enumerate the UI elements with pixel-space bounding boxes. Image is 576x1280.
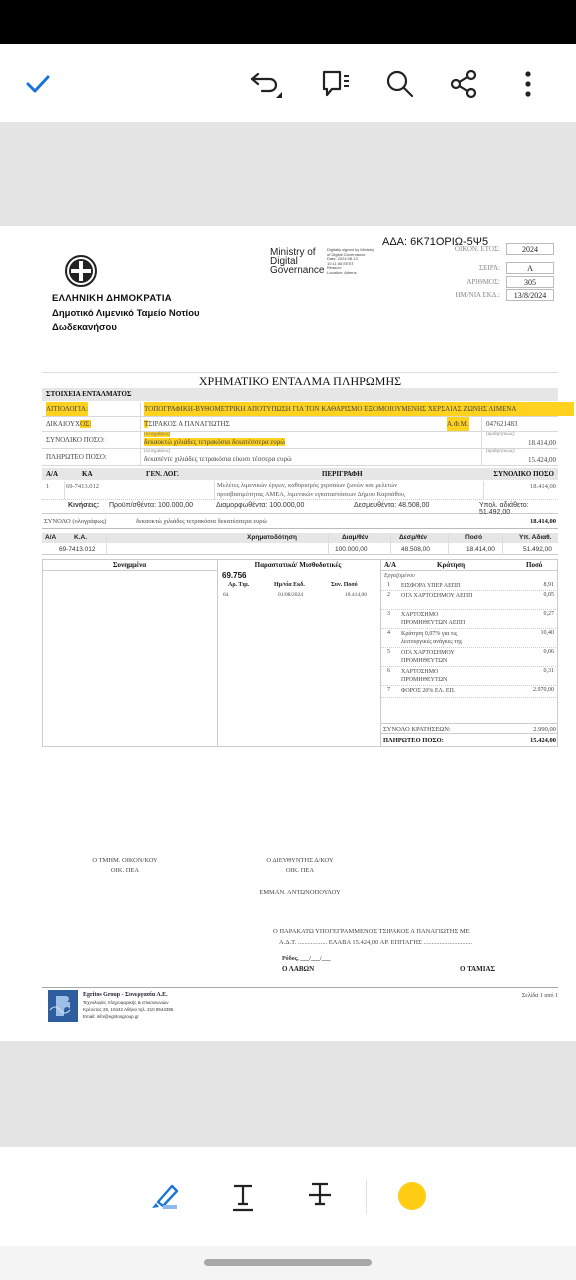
funding-col-aa: Α/Α (45, 533, 56, 543)
funding-col-ka: Κ.Α. (74, 533, 87, 543)
highlighter-icon[interactable] (146, 1178, 182, 1214)
payable-value: 15.424,00 (530, 735, 556, 746)
deduction-name: ΕΙΣΦΟΡΑ ΥΠΕΡ ΑΕΠΠ (401, 582, 481, 590)
footer-tagline: Τεχνολογίες πληροφορικής & επικοινωνιών (83, 1000, 169, 1005)
deduction-row: 7ΦΟΡΟΣ 20% ΕΛ. ΕΠ.2.970,00 (381, 686, 558, 698)
footer-address: Κρέοντος 25, 10442 Αθήνα τηλ. 210 854439… (83, 1007, 173, 1012)
deductions-total-label: ΣΥΝΟΛΟ ΚΡΑΤΗΣΕΩΝ: (383, 724, 451, 735)
deduction-row: 2ΟΓΑ ΧΑΡΤΟΣΗΜΟΥ ΑΕΠΠ0,05 (381, 591, 558, 610)
movements-row: Κινήσεις: Προϋπ/σθέντα: 100.000,00 Διαμο… (42, 502, 558, 514)
voucher-amount: 18.414,00 (345, 592, 367, 598)
deduction-row: 6ΧΑΡΤΟΣΗΜΟ ΠΡΟΜΗΘΕΥΤΩΝ0,31 (381, 667, 558, 686)
voucher-col-amount: Συν. Ποσό (331, 582, 358, 588)
color-swatch[interactable] (398, 1182, 426, 1210)
deduction-name: ΟΓΑ ΧΑΡΤΟΣΗΜΟΥ ΑΕΠΠ (401, 592, 481, 600)
deduction-aa: 1 (387, 582, 390, 588)
status-bar (0, 0, 576, 44)
meta-label-series: ΣΕΙΡΑ: (436, 264, 500, 272)
document-title: ΧΡΗΜΑΤΙΚΟ ΕΝΤΑΛΜΑ ΠΛΗΡΩΜΗΣ (42, 374, 558, 389)
funding-poso: 18.414,00 (466, 544, 495, 555)
aitiologia-value: ΤΟΠΟΓΡΑΦΙΚΗ-ΒΥΘΟΜΕΤΡΙΚΗ ΑΠΟΤΥΠΩΣΗ ΓΙΑ ΤΟ… (144, 402, 574, 416)
item-desc-line1: Μελέτες λιμενικών έργων, καθορισμός χερσ… (217, 482, 397, 489)
cashier-label: Ο ΤΑΜΙΑΣ (460, 965, 495, 973)
signature-left-line2: ΟΙΚ. ΠΕΑ (60, 866, 190, 876)
total-words: δεκαοκτώ χιλιάδες τετρακόσια δεκατέσσερα… (136, 515, 267, 528)
share-icon[interactable] (444, 64, 484, 104)
viewer-background (0, 122, 576, 226)
deduction-aa: 4 (387, 630, 390, 636)
issuer-org-line1: Δημοτικό Λιμενικό Ταμείο Νοτίου (52, 308, 200, 319)
deductions-total-row: ΣΥΝΟΛΟ ΚΡΑΤΗΣΕΩΝ: 2.990,00 (381, 723, 558, 734)
receipt-line1: Ο ΠΑΡΑΚΑΤΩ ΥΠΟΓΕΓΡΑΜΜΕΝΟΣ ΤΣΙΡΑΚΟΣ Α ΠΑΝ… (273, 926, 472, 937)
funding-table-row: 69-7413.012 100.000,00 48.508,00 18.414,… (42, 544, 558, 555)
navigation-bar (0, 1246, 576, 1280)
item-ka: 69-7413.012 (66, 483, 99, 490)
deduction-col-aa: Α/Α (384, 561, 396, 569)
receipt-text: Ο ΠΑΡΑΚΑΤΩ ΥΠΟΓΕΓΡΑΜΜΕΝΟΣ ΤΣΙΡΑΚΟΣ Α ΠΑΝ… (273, 926, 472, 948)
pliroteo-words: δεκαπέντε χιλιάδες τετρακόσια είκοσι τέσ… (144, 455, 292, 463)
signature-mid-name: ΕΜΜΑΝ. ΑΝΤΩΝΟΠΟΥΛΟΥ (240, 888, 360, 898)
pliroteo-words-caption: (ολογράφως) (144, 449, 170, 454)
viewer-background-bottom (0, 1041, 576, 1147)
footer-page-number: Σελίδα 1 από 1 (522, 993, 558, 999)
col-ka: ΚΑ (82, 468, 93, 480)
meta-value-series: Α (506, 262, 554, 274)
meta-label-year: ΟΙΚΟΝ. ΕΤΟΣ: (436, 245, 500, 253)
deduction-aa: 7 (387, 687, 390, 693)
top-toolbar (0, 44, 576, 122)
deduction-amount: 2.970,00 (533, 687, 554, 693)
deduction-amount: 0,31 (544, 668, 555, 674)
total-num: 18.414,00 (530, 515, 556, 528)
col-total: ΣΥΝΟΛΙΚΟ ΠΟΣΟ (493, 468, 554, 480)
deductions-header: Α/Α Κράτηση Ποσό (381, 561, 558, 571)
annotation-toolbar (0, 1148, 576, 1246)
item-aa: 1 (46, 483, 49, 490)
deduction-name: ΧΑΡΤΟΣΗΜΟ ΠΡΟΜΗΘΕΥΤΩΝ (401, 668, 481, 684)
signature-middle: Ο ΔΙΕΥΘΥΝΤΗΣ Δ/ΚΟΥ ΟΙΚ. ΠΕΑ ΕΜΜΑΝ. ΑΝΤΩΝ… (240, 856, 360, 898)
deduction-name: ΧΑΡΤΟΣΗΜΟ ΠΡΟΜΗΘΕΥΤΩΝ ΑΕΠΠ (401, 611, 481, 627)
dikaiouxos-value: ΤΣΙΡΑΚΟΣ Α ΠΑΝΑΓΙΩΤΗΣ (144, 417, 230, 431)
document-page[interactable]: ΕΛΛΗΝΙΚΗ ΔΗΜΟΚΡΑΤΙΑ Δημοτικό Λιμενικό Τα… (0, 226, 576, 1040)
voucher-date: 01/08/2024 (278, 592, 303, 598)
col-aa: Α/Α (46, 468, 58, 480)
voucher-col-date: Ημ/νία Εκδ. (274, 582, 305, 588)
ministry-name: Ministry of Digital Governance (270, 248, 324, 275)
deduction-name: ΦΟΡΟΣ 20% ΕΛ. ΕΠ. (401, 687, 481, 695)
strikethrough-icon[interactable] (305, 1178, 335, 1214)
movements-diamorfothenta: Διαμορφωθέντα: 100.000,00 (216, 502, 304, 509)
deduction-row: 1ΕΙΣΦΟΡΑ ΥΠΕΡ ΑΕΠΠ8,91 (381, 581, 558, 591)
meta-label-number: ΑΡΙΘΜΟΣ: (436, 278, 500, 286)
total-label: ΣΥΝΟΛΟ (ολογράφως) (44, 515, 106, 528)
afm-value: 047621483 (486, 417, 518, 431)
dikaiouxos-label-a: ΔΙΚΑΙΟΥΧ (46, 420, 80, 428)
synoliko-num-caption: (αριθμητικώς) (486, 432, 515, 437)
section-title: ΣΤΟΙΧΕΙΑ ΕΝΤΑΛΜΑΤΟΣ (42, 388, 558, 401)
items-table-header: Α/Α ΚΑ ΓΕΝ. ΛΟΓ. ΠΕΡΙΓΡΑΦΗ ΣΥΝΟΛΙΚΟ ΠΟΣΟ (42, 468, 558, 480)
signature-mid-line2: ΟΙΚ. ΠΕΑ (240, 866, 360, 876)
deduction-row: 5ΟΓΑ ΧΑΡΤΟΣΗΜΟΥ ΠΡΟΜΗΘΕΥΤΩΝ0,06 (381, 648, 558, 667)
attachments-title: Συνημμένα (42, 561, 217, 571)
item-amount: 18.414,00 (530, 483, 556, 490)
funding-col-funding: Χρηματοδότηση (247, 533, 297, 543)
deduction-aa: 3 (387, 611, 390, 617)
synoliko-label: ΣΥΝΟΛΙΚΟ ΠΟΣΟ: (46, 436, 105, 444)
home-gesture-handle[interactable] (204, 1259, 372, 1266)
receiver-label: Ο ΛΑΒΩΝ (282, 965, 314, 973)
synoliko-words: δεκαοκτώ χιλιάδες τετρακόσια δεκατέσσερα… (144, 438, 285, 446)
vouchers-number: 69.756 (222, 571, 246, 580)
movements-desmeuthenta: Δεσμευθέντα: 48.508,00 (354, 502, 429, 509)
afm-label: Α.Φ.Μ. (447, 417, 469, 431)
total-words-row: ΣΥΝΟΛΟ (ολογράφως) δεκαοκτώ χιλιάδες τετ… (42, 515, 558, 529)
issuer-country: ΕΛΛΗΝΙΚΗ ΔΗΜΟΚΡΑΤΙΑ (52, 293, 172, 304)
item-desc-line2: προσβασιμότητας ΑΜΕΑ, λιμενικών εγκαταστ… (217, 491, 406, 498)
funding-col-diam: Διαμ/θέν (342, 533, 368, 543)
greek-emblem-icon (64, 254, 98, 288)
deduction-name: ΟΓΑ ΧΑΡΤΟΣΗΜΟΥ ΠΡΟΜΗΘΕΥΤΩΝ (401, 649, 481, 665)
items-table-row: 1 69-7413.012 Μελέτες λιμενικών έργων, κ… (42, 481, 558, 500)
check-icon[interactable] (18, 64, 58, 104)
deduction-col-amount: Ποσό (526, 561, 542, 569)
deduction-row: 3ΧΑΡΤΟΣΗΜΟ ΠΡΟΜΗΘΕΥΤΩΝ ΑΕΠΠ0,27 (381, 610, 558, 629)
funding-col-ypol: Υπ. Αδιαθ. (519, 533, 551, 543)
deductions-total-value: 2.990,00 (533, 724, 556, 735)
place-date: Ρόδος, ___/___/___ (282, 956, 331, 962)
row-aitiologia: ΑΙΤΙΟΛΟΓΙΑ: ΤΟΠΟΓΡΑΦΙΚΗ-ΒΥΘΟΜΕΤΡΙΚΗ ΑΠΟΤ… (42, 402, 558, 417)
pliroteo-label: ΠΛΗΡΩΤΕΟ ΠΟΣΟ: (46, 453, 107, 461)
synoliko-num: 18.414,00 (528, 439, 556, 447)
meta-label-date: ΗΜ/ΝΙΑ ΕΚΔ.: (426, 291, 500, 299)
funding-col-poso: Ποσό (465, 533, 482, 543)
signature-left-line1: Ο ΤΜΗΜ. ΟΙΚΟΝ/ΚΟΥ (60, 856, 190, 866)
ministry-line: Governance (270, 266, 324, 275)
signature-left: Ο ΤΜΗΜ. ΟΙΚΟΝ/ΚΟΥ ΟΙΚ. ΠΕΑ (60, 856, 190, 876)
pliroteo-num-caption: (αριθμητικώς) (486, 449, 515, 454)
col-gen-log: ΓΕΝ. ΛΟΓ. (146, 468, 179, 480)
deduction-amount: 8,91 (544, 582, 555, 588)
undo-icon[interactable] (246, 64, 286, 104)
dikaiouxos-label-b: ΟΣ: (80, 420, 91, 428)
funding-desm: 48.508,00 (401, 544, 430, 555)
funding-table-header: Α/Α Κ.Α. Χρηματοδότηση Διαμ/θέν Δεσμ/θέν… (42, 533, 558, 543)
receipt-line2: Α.Δ.Τ. .................. ΕΛΑΒΑ 15.424,0… (273, 937, 472, 948)
movements-label: Κινήσεις: (68, 502, 99, 509)
deduction-amount: 0,06 (544, 649, 555, 655)
meta-value-number: 305 (506, 276, 554, 288)
funding-col-desm: Δεσμ/θέν (399, 533, 427, 543)
voucher-num: 64 (223, 592, 229, 598)
meta-value-date: 13/8/2024 (506, 289, 554, 301)
deduction-amount: 0,05 (544, 592, 555, 598)
col-description: ΠΕΡΙΓΡΑΦΗ (322, 468, 363, 480)
signature-line: Location: Athens (327, 271, 374, 276)
deduction-amount: 10,40 (541, 630, 555, 636)
deduction-aa: 6 (387, 668, 390, 674)
toolbar-divider (366, 1180, 367, 1214)
underline-icon[interactable] (228, 1178, 258, 1214)
deduction-name: Κράτηση 0,07% για τις λειτουργικές ανάγκ… (401, 630, 481, 646)
deduction-row: 4Κράτηση 0,07% για τις λειτουργικές ανάγ… (381, 629, 558, 648)
issuer-org-line2: Δωδεκανήσου (52, 322, 117, 333)
signature-mid-line1: Ο ΔΙΕΥΘΥΝΤΗΣ Δ/ΚΟΥ (240, 856, 360, 866)
meta-value-year: 2024 (506, 243, 554, 255)
dikaiouxos-label: ΔΙΚΑΙΟΥΧΟΣ: (46, 417, 91, 431)
payable-row: ΠΛΗΡΩΤΕΟ ΠΟΣΟ: 15.424,00 (381, 735, 558, 746)
footer-company: Egritos Group - Συνεργασία Α.Ε. (83, 992, 168, 998)
aitiologia-label: ΑΙΤΙΟΛΟΓΙΑ: (46, 402, 88, 416)
voucher-col-num: Αρ. Τιμ. (228, 582, 249, 588)
deductions-group: Εργαζομένου (384, 573, 415, 579)
deduction-col-name: Κράτηση (437, 561, 465, 569)
synoliko-words-caption: (ολογράφως) (144, 432, 170, 437)
company-logo-icon (48, 990, 78, 1022)
digital-signature: Digitally signed by Ministry of Digital … (327, 248, 374, 275)
movements-proupologisthenta: Προϋπ/σθέντα: 100.000,00 (109, 502, 193, 509)
pliroteo-num: 15.424,00 (528, 456, 556, 464)
more-vertical-icon[interactable] (508, 64, 548, 104)
deduction-aa: 2 (387, 592, 390, 598)
movements-ypoloipo: Υπολ. αδιάθετο: 51.492,00 (479, 502, 558, 516)
funding-ka: 69-7413.012 (59, 544, 96, 555)
payable-label: ΠΛΗΡΩΤΕΟ ΠΟΣΟ: (383, 735, 444, 746)
vouchers-title: Παραστατικά/ Μισθοδοτικές (218, 561, 378, 569)
funding-ypol: 51.492,00 (523, 544, 552, 555)
footer-email: Email: info@egritosgroup.gr (83, 1014, 139, 1019)
comment-icon[interactable] (316, 64, 356, 104)
deduction-amount: 0,27 (544, 611, 555, 617)
deduction-aa: 5 (387, 649, 390, 655)
funding-diam: 100.000,00 (335, 544, 368, 555)
dikaiouxos-value-b: ΣΙΡΑΚΟΣ Α ΠΑΝΑΓΙΩΤΗΣ (148, 420, 229, 428)
search-icon[interactable] (380, 64, 420, 104)
